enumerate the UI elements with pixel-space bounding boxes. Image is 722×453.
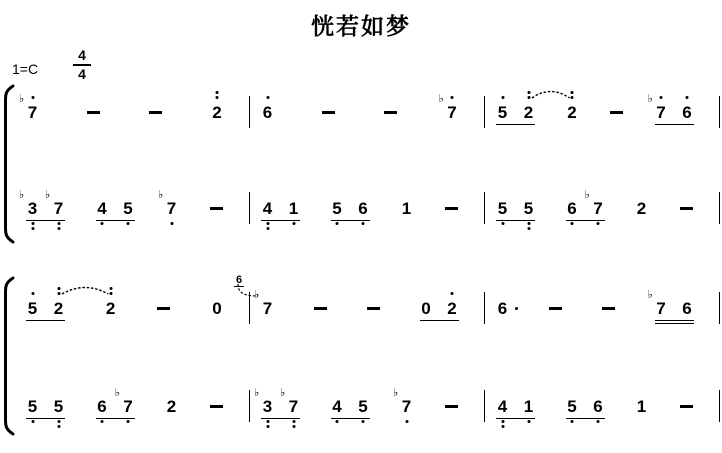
- octave-dot-below: [266, 227, 269, 230]
- grand-staff-bracket-icon: [1, 276, 15, 436]
- note-digit: 5: [54, 397, 63, 416]
- note: 6: [497, 298, 508, 319]
- note-digit: 6: [97, 397, 106, 416]
- note-digit: 0: [212, 299, 221, 318]
- note: 6: [682, 298, 693, 319]
- octave-dot-below: [57, 425, 60, 428]
- note: 5: [53, 396, 64, 417]
- beam-underline: [261, 418, 300, 419]
- note: 5: [332, 198, 343, 219]
- octave-dot-below: [57, 420, 60, 423]
- beam-group: 45: [97, 198, 134, 219]
- beam-group: 52: [27, 298, 64, 319]
- flat-icon: ♭: [19, 93, 24, 104]
- note-digit: 5: [332, 199, 341, 218]
- time-signature-numerator: 4: [73, 47, 91, 64]
- duration-dash: [149, 111, 162, 114]
- note-digit: 6: [682, 299, 691, 318]
- note: 7♭: [401, 396, 412, 417]
- beam-group: 52: [497, 102, 534, 123]
- time-signature: 4 4: [73, 47, 91, 83]
- measure: 5220: [15, 298, 249, 320]
- note-digit: 6: [593, 397, 602, 416]
- beam-underline: [96, 220, 135, 221]
- note-digit: 7: [54, 199, 63, 218]
- beam-underline: [26, 418, 65, 419]
- note: 1: [523, 396, 534, 417]
- flat-icon: ♭: [254, 387, 259, 398]
- beam-group: 67♭: [567, 198, 604, 219]
- note-digit: 5: [524, 199, 533, 218]
- note: 7♭: [446, 102, 457, 123]
- note-digit: 3: [28, 199, 37, 218]
- measure: 7♭2: [15, 102, 249, 124]
- beam-underline: [566, 220, 605, 221]
- note: 2: [105, 298, 116, 319]
- measure: 67♭6: [485, 298, 719, 320]
- octave-dot-below: [501, 425, 504, 428]
- duration-dash: [445, 405, 458, 408]
- measure: 5227♭6: [485, 102, 719, 124]
- beam-group: 56: [567, 396, 604, 417]
- note-digit: 4: [332, 397, 341, 416]
- measure: 5567♭2: [15, 396, 249, 418]
- octave-dot-below: [57, 222, 60, 225]
- octave-dot-below: [266, 222, 269, 225]
- flat-icon: ♭: [648, 289, 653, 300]
- note-digit: 7: [656, 299, 665, 318]
- beam-underline: [261, 220, 300, 221]
- octave-dot-below: [501, 222, 504, 225]
- note: 1: [636, 396, 647, 417]
- measure: 3♭7♭457♭: [15, 198, 249, 220]
- note-digit: 2: [212, 103, 221, 122]
- octave-dot-below: [571, 420, 574, 423]
- octave-dot-below: [405, 420, 408, 423]
- flat-icon: ♭: [45, 189, 50, 200]
- note: 1: [401, 198, 412, 219]
- note-digit: 5: [28, 397, 37, 416]
- duration-dash: [384, 111, 397, 114]
- octave-dot-above: [571, 91, 574, 94]
- system-2: 522067♭0267♭65567♭23♭7♭457♭41561: [0, 278, 722, 448]
- note-digit: 5: [567, 397, 576, 416]
- staff-line-upper: 7♭267♭5227♭6: [15, 102, 720, 128]
- beam-underline: [496, 124, 535, 125]
- beam-underline: [96, 418, 135, 419]
- note: 6: [682, 102, 693, 123]
- note-digit: 5: [358, 397, 367, 416]
- octave-dot-above: [571, 96, 574, 99]
- octave-dot-below: [336, 420, 339, 423]
- octave-dot-below: [101, 420, 104, 423]
- note: 2: [567, 102, 578, 123]
- octave-dot-above: [109, 287, 112, 290]
- system-1: 7♭267♭5227♭63♭7♭457♭415615567♭2: [0, 86, 722, 256]
- beam-group: 56: [332, 198, 369, 219]
- note-digit: 5: [498, 199, 507, 218]
- duration-dash: [210, 207, 223, 210]
- note: 3♭: [27, 198, 38, 219]
- measure: 3♭7♭457♭: [250, 396, 484, 418]
- duration-dash: [157, 307, 170, 310]
- note-digit: 2: [106, 299, 115, 318]
- note: 7♭: [27, 102, 38, 123]
- beam-underline: [420, 320, 459, 321]
- tie-arc-icon: [530, 88, 572, 100]
- note-digit: 1: [524, 397, 533, 416]
- duration-dash: [680, 405, 693, 408]
- flat-icon: ♭: [115, 387, 120, 398]
- note: 5: [567, 396, 578, 417]
- flat-icon: ♭: [393, 387, 398, 398]
- beam-underline: [26, 320, 65, 321]
- octave-dot-above: [31, 96, 34, 99]
- note: 5: [358, 396, 369, 417]
- beam-group: 67♭: [97, 396, 134, 417]
- octave-dot-above: [31, 292, 34, 295]
- duration-dash: [210, 405, 223, 408]
- beam-group: 7♭6: [656, 102, 693, 123]
- duration-dash: [322, 111, 335, 114]
- note: 5: [497, 102, 508, 123]
- note: 4: [332, 396, 343, 417]
- beam-group: 41: [262, 198, 299, 219]
- note-digit: 7: [656, 103, 665, 122]
- note: 7♭: [166, 198, 177, 219]
- note: 4: [97, 198, 108, 219]
- note-digit: 7: [28, 103, 37, 122]
- barline: [719, 292, 721, 324]
- score-title: 恍若如梦: [0, 8, 722, 41]
- octave-dot-below: [170, 222, 173, 225]
- key-signature: 1=C: [12, 61, 38, 77]
- octave-dot-below: [292, 425, 295, 428]
- octave-dot-below: [527, 222, 530, 225]
- octave-dot-above: [215, 91, 218, 94]
- duration-dash: [445, 207, 458, 210]
- duration-dash: [680, 207, 693, 210]
- note-digit: 6: [567, 199, 576, 218]
- note-digit: 1: [289, 199, 298, 218]
- note-digit: 2: [447, 299, 456, 318]
- octave-dot-below: [571, 222, 574, 225]
- octave-dot-above: [660, 96, 663, 99]
- beam-underline: [331, 220, 370, 221]
- note: 0: [211, 298, 222, 319]
- octave-dot-above: [266, 96, 269, 99]
- note: 4: [497, 396, 508, 417]
- octave-dot-below: [31, 227, 34, 230]
- octave-dot-above: [501, 96, 504, 99]
- note: 2: [523, 102, 534, 123]
- octave-dot-above: [215, 96, 218, 99]
- beam-group: 45: [332, 396, 369, 417]
- octave-dot-above: [109, 292, 112, 295]
- note: 6: [358, 198, 369, 219]
- note: 2: [447, 298, 458, 319]
- note-digit: 7: [123, 397, 132, 416]
- octave-dot-above: [57, 292, 60, 295]
- beam-underline: [655, 124, 694, 125]
- grace-note: 6: [234, 270, 268, 300]
- beam-underline: [655, 323, 694, 324]
- measure: 67♭02: [250, 298, 484, 320]
- note: 7♭: [656, 298, 667, 319]
- note: 5: [123, 198, 134, 219]
- note-digit: 5: [498, 103, 507, 122]
- note-digit: 1: [402, 199, 411, 218]
- note-digit: 4: [498, 397, 507, 416]
- barline: [719, 390, 721, 422]
- beam-group: 3♭7♭: [27, 198, 64, 219]
- duration-dash: [610, 111, 623, 114]
- duration-dash: [602, 307, 615, 310]
- note: 6: [567, 198, 578, 219]
- beam-underline: [331, 418, 370, 419]
- note-digit: 4: [97, 199, 106, 218]
- note-digit: 2: [167, 397, 176, 416]
- note-digit: 7: [263, 299, 272, 318]
- beam-underline: [496, 220, 535, 221]
- note-digit: 5: [28, 299, 37, 318]
- beam-group: 55: [27, 396, 64, 417]
- octave-dot-below: [292, 420, 295, 423]
- octave-dot-above: [57, 287, 60, 290]
- note: 7♭: [288, 396, 299, 417]
- note: 7♭: [656, 102, 667, 123]
- octave-dot-below: [127, 420, 130, 423]
- octave-dot-below: [266, 425, 269, 428]
- note: 5: [27, 396, 38, 417]
- note-digit: 2: [567, 103, 576, 122]
- staff-line-lower: 3♭7♭457♭415615567♭2: [15, 198, 720, 224]
- note-digit: 2: [524, 103, 533, 122]
- grand-staff-bracket-icon: [1, 84, 15, 244]
- beam-underline: [566, 418, 605, 419]
- note-digit: 1: [637, 397, 646, 416]
- note: 2: [53, 298, 64, 319]
- note-digit: 7: [167, 199, 176, 218]
- score-page: 恍若如梦 1=C 4 4 7♭267♭5227♭63♭7♭457♭4156155…: [0, 0, 722, 453]
- note-digit: 7: [593, 199, 602, 218]
- octave-dot-above: [451, 292, 454, 295]
- octave-dot-below: [527, 227, 530, 230]
- measure: 5567♭2: [485, 198, 719, 220]
- note-digit: 7: [402, 397, 411, 416]
- beam-underline: [655, 320, 694, 321]
- octave-dot-below: [597, 420, 600, 423]
- note-digit: 7: [289, 397, 298, 416]
- beam-group: 55: [497, 198, 534, 219]
- octave-dot-below: [597, 222, 600, 225]
- octave-dot-above: [686, 96, 689, 99]
- note: 7♭: [53, 198, 64, 219]
- octave-dot-above: [527, 96, 530, 99]
- octave-dot-below: [527, 420, 530, 423]
- measure: 41561: [250, 198, 484, 220]
- flat-icon: ♭: [280, 387, 285, 398]
- note-digit: 3: [263, 397, 272, 416]
- note-digit: 2: [54, 299, 63, 318]
- note-digit: 7: [447, 103, 456, 122]
- octave-dot-below: [31, 420, 34, 423]
- duration-dash: [367, 307, 380, 310]
- note: 5: [27, 298, 38, 319]
- note-digit: 6: [498, 299, 507, 318]
- note: 6: [593, 396, 604, 417]
- octave-dot-below: [362, 222, 365, 225]
- flat-icon: ♭: [19, 189, 24, 200]
- measure: 41561: [485, 396, 719, 418]
- octave-dot-below: [57, 227, 60, 230]
- note: 6: [262, 102, 273, 123]
- measure: 67♭: [250, 102, 484, 124]
- flat-icon: ♭: [648, 93, 653, 104]
- note-digit: 4: [263, 199, 272, 218]
- note: 5: [497, 198, 508, 219]
- flat-icon: ♭: [438, 93, 443, 104]
- duration-dash: [314, 307, 327, 310]
- note: 0: [421, 298, 432, 319]
- duration-dash: [549, 307, 562, 310]
- barline: [719, 96, 721, 128]
- staff-line-lower: 5567♭23♭7♭457♭41561: [15, 396, 720, 422]
- note-digit: 0: [421, 299, 430, 318]
- flat-icon: ♭: [158, 189, 163, 200]
- note: 4: [262, 198, 273, 219]
- beam-group: 3♭7♭: [262, 396, 299, 417]
- note-digit: 2: [637, 199, 646, 218]
- time-signature-denominator: 4: [73, 66, 91, 83]
- octave-dot-below: [266, 420, 269, 423]
- note-digit: 6: [263, 103, 272, 122]
- note: 3♭: [262, 396, 273, 417]
- note: 1: [288, 198, 299, 219]
- note: 7♭: [262, 298, 273, 319]
- octave-dot-below: [31, 222, 34, 225]
- beam-group: 02: [421, 298, 458, 319]
- note-digit: 6: [358, 199, 367, 218]
- barline: [719, 192, 721, 224]
- tie-arc-icon: [60, 284, 110, 296]
- note-digit: 5: [123, 199, 132, 218]
- augmentation-dot: [515, 307, 518, 310]
- beam-underline: [496, 418, 535, 419]
- note: 7♭: [593, 198, 604, 219]
- beam-group: 7♭6: [656, 298, 693, 319]
- flat-icon: ♭: [254, 289, 259, 300]
- octave-dot-below: [292, 222, 295, 225]
- note: 5: [523, 198, 534, 219]
- octave-dot-below: [101, 222, 104, 225]
- octave-dot-above: [527, 91, 530, 94]
- beam-group: 41: [497, 396, 534, 417]
- note: 6: [97, 396, 108, 417]
- flat-icon: ♭: [585, 189, 590, 200]
- octave-dot-below: [362, 420, 365, 423]
- beam-underline: [26, 220, 65, 221]
- duration-dash: [87, 111, 100, 114]
- staff-line-upper: 522067♭0267♭6: [15, 298, 720, 324]
- octave-dot-below: [336, 222, 339, 225]
- note: 2: [211, 102, 222, 123]
- note: 2: [166, 396, 177, 417]
- octave-dot-below: [501, 420, 504, 423]
- note: 7♭: [123, 396, 134, 417]
- octave-dot-above: [450, 96, 453, 99]
- note-digit: 6: [682, 103, 691, 122]
- note: 2: [636, 198, 647, 219]
- octave-dot-below: [127, 222, 130, 225]
